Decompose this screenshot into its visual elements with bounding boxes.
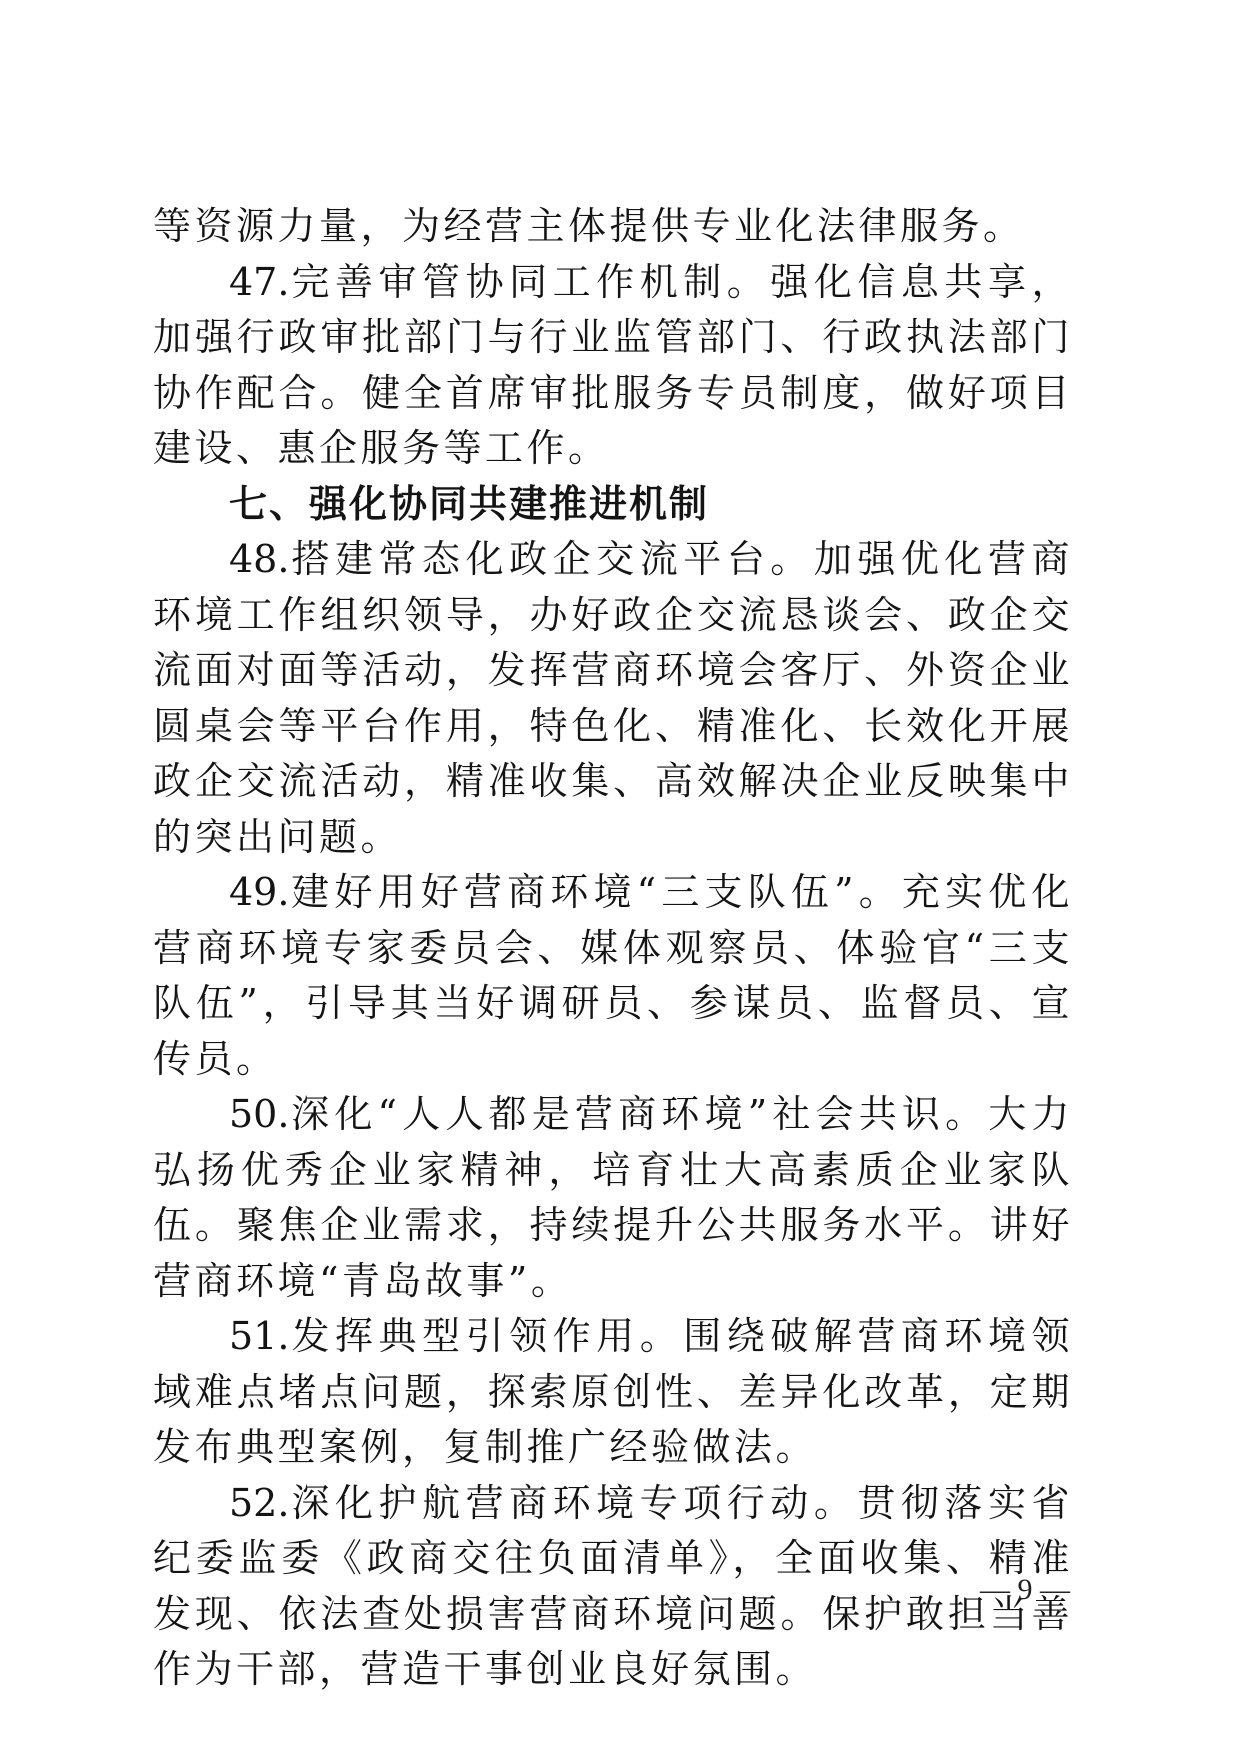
item-number: 51. — [229, 1314, 289, 1358]
item-title: 深化护航营商环境专项行动。 — [289, 1481, 857, 1525]
item-title: 完善审管协同工作机制。 — [289, 260, 770, 304]
item-number: 47. — [229, 260, 289, 304]
item-number: 49. — [229, 870, 289, 914]
item-title: 发挥典型引领作用。 — [289, 1314, 683, 1358]
item-number: 48. — [229, 537, 289, 581]
item-47: 47.完善审管协同工作机制。强化信息共享，加强行政审批部门与行业监管部门、行政执… — [153, 255, 1073, 477]
item-48: 48.搭建常态化政企交流平台。加强优化营商环境工作组织领导，办好政企交流恳谈会、… — [153, 532, 1073, 865]
document-page: 等资源力量，为经营主体提供专业化法律服务。 47.完善审管协同工作机制。强化信息… — [0, 0, 1241, 1754]
item-title: 建好用好营商环境“三支队伍”。 — [289, 870, 901, 914]
section-heading: 七、强化协同共建推进机制 — [153, 477, 1073, 533]
item-body: 加强优化营商环境工作组织领导，办好政企交流恳谈会、政企交流面对面等活动，发挥营商… — [153, 537, 1073, 859]
body-text: 等资源力量，为经营主体提供专业化法律服务。 47.完善审管协同工作机制。强化信息… — [153, 199, 1073, 1698]
item-51: 51.发挥典型引领作用。围绕破解营商环境领域难点堵点问题，探索原创性、差异化改革… — [153, 1309, 1073, 1476]
item-50: 50.深化“人人都是营商环境”社会共识。大力弘扬优秀企业家精神，培育壮大高素质企… — [153, 1087, 1073, 1309]
item-number: 50. — [229, 1092, 289, 1136]
item-52: 52.深化护航营商环境专项行动。贯彻落实省纪委监委《政商交往负面清单》，全面收集… — [153, 1476, 1073, 1698]
item-title: 搭建常态化政企交流平台。 — [289, 537, 813, 581]
item-title: 深化“人人都是营商环境”社会共识。 — [289, 1092, 988, 1136]
carryover-paragraph: 等资源力量，为经营主体提供专业化法律服务。 — [153, 199, 1073, 255]
item-49: 49.建好用好营商环境“三支队伍”。充实优化营商环境专家委员会、媒体观察员、体验… — [153, 865, 1073, 1087]
item-number: 52. — [229, 1481, 289, 1525]
page-number: — 9 — — [965, 1573, 1085, 1607]
